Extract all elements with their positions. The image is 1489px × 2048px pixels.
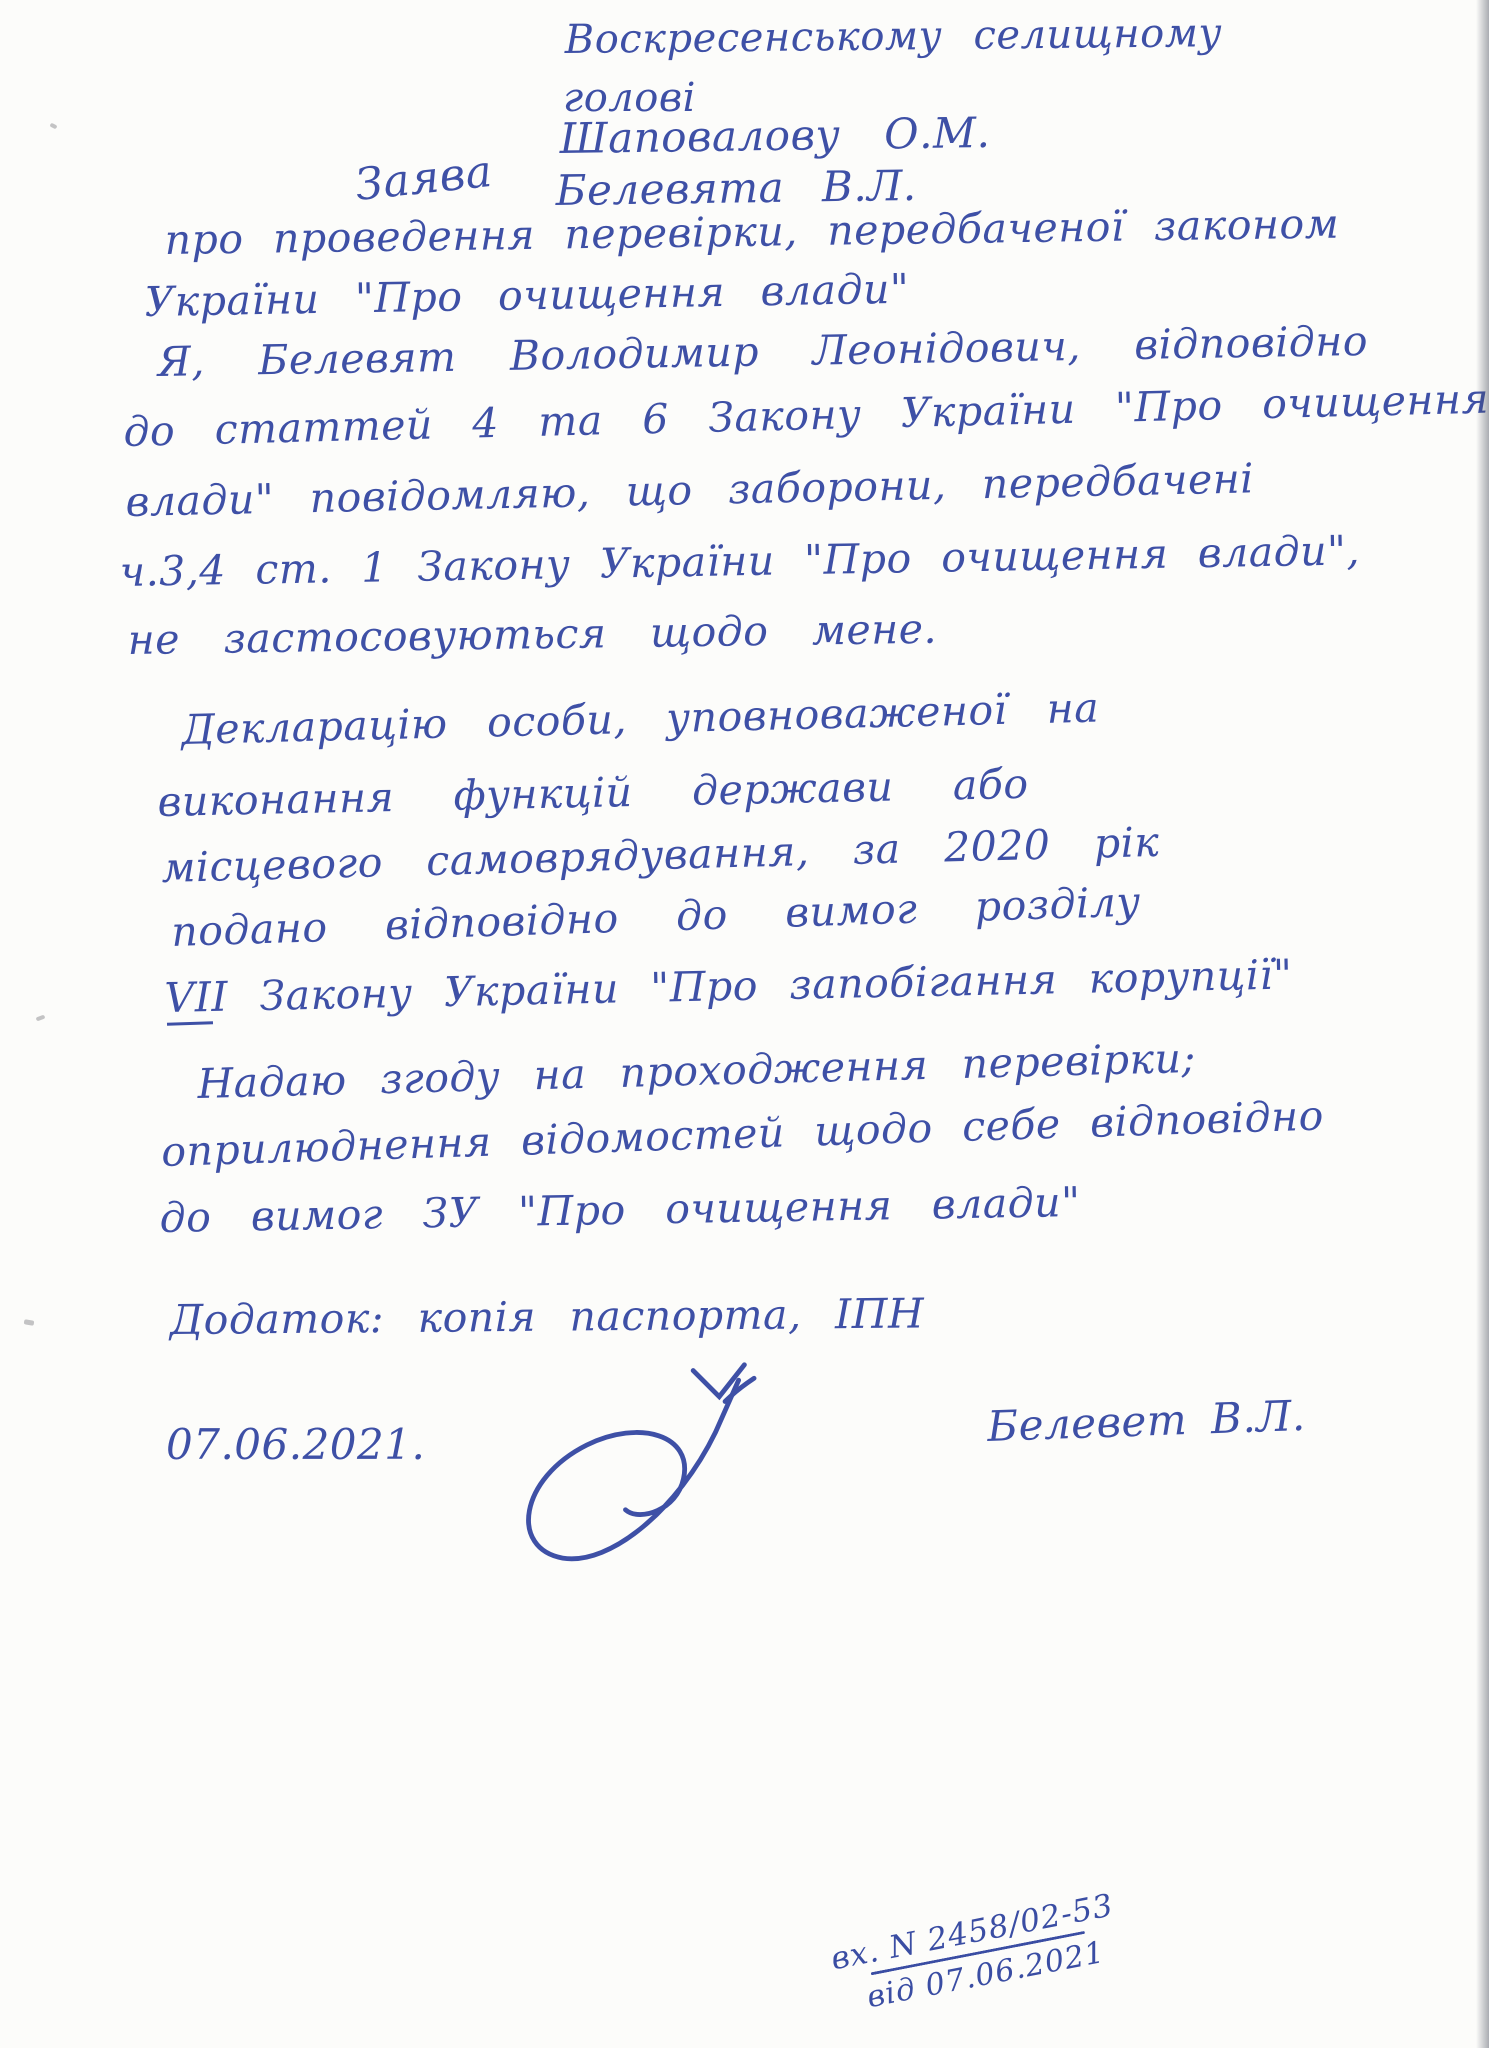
signed-name: Белевет В.Л.	[987, 1395, 1307, 1448]
body-line: VII Закону України "Про запобігання кору…	[164, 954, 1293, 1019]
body-line: Надаю згоду на проходження перевірки;	[197, 1038, 1196, 1105]
scan-speck	[24, 1319, 35, 1326]
registration-stamp: вх. N 2458/02-53 від 07.06.2021	[828, 1887, 1125, 2020]
date: 07.06.2021.	[166, 1424, 425, 1466]
body-line: Декларацію особи, уповноваженої на	[181, 688, 1100, 751]
body-line: оприлюднення відомостей щодо себе відпов…	[161, 1095, 1325, 1173]
body-line: не застосовуються щодо мене.	[127, 609, 937, 661]
subtitle-line: про проведення перевірки, передбаченої з…	[164, 204, 1339, 261]
body-line: Я, Белевят Володимир Леонідович, відпові…	[157, 321, 1368, 383]
body-line: виконання функцій держави або	[157, 764, 1029, 823]
body-line: подано відповідно до вимог розділу	[171, 882, 1141, 953]
body-line: влади" повідомляю, що заборони, передбач…	[125, 458, 1254, 523]
attachment-line: Додаток: копія паспорта, ІПН	[170, 1293, 925, 1341]
scan-edge-shadow	[1476, 0, 1489, 2048]
body-line: до вимог ЗУ "Про очищення влади"	[159, 1182, 1081, 1239]
body-line: місцевого самоврядування, за 2020 рік	[161, 822, 1160, 889]
scan-speck	[36, 1015, 46, 1022]
body-line: до статтей 4 та 6 Закону України "Про оч…	[123, 379, 1489, 453]
scanned-document-page: Воскресенському селищному голові Шаповал…	[0, 0, 1489, 2048]
vii-underline	[167, 1021, 213, 1026]
document-title: Заява	[353, 150, 494, 208]
signature	[495, 1342, 785, 1577]
addressee-line: Шаповалову О.М.	[559, 112, 990, 160]
addressee-line: Белевята В.Л.	[555, 165, 916, 212]
scan-speck	[49, 123, 57, 130]
body-line: ч.3,4 ст. 1 Закону України "Про очищення…	[119, 530, 1360, 593]
addressee-line: Воскресенському селищному	[565, 13, 1223, 60]
subtitle-line: України "Про очищення влади"	[144, 269, 909, 323]
